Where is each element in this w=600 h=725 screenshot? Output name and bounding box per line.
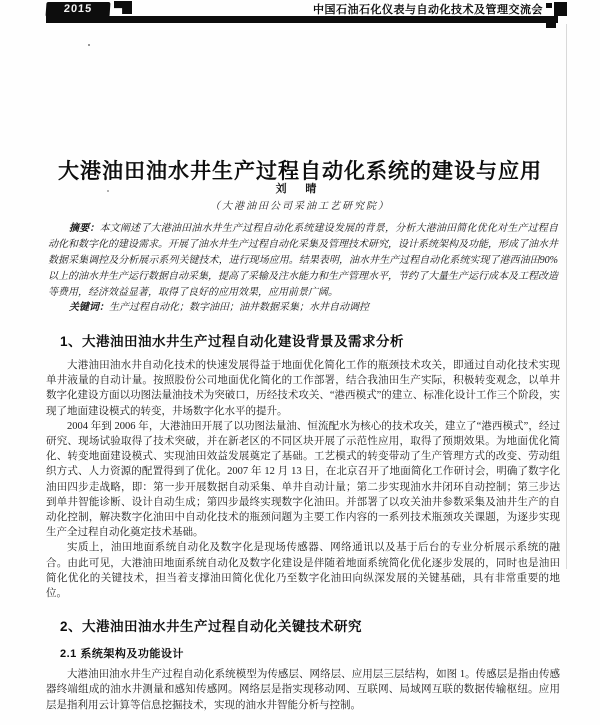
scanned-paper-page: 2015 中国石油石化仪表与自动化技术及管理交流会 大港油田油水井生产过程自动化… [0,0,600,725]
abstract-paragraph: 摘要：本文阐述了大港油田油水井生产过程自动化系统建设发展的背景，分析大港油田简化… [48,221,558,301]
scan-edge-line [566,24,567,569]
body-paragraph: 实质上，油田地面系统自动化及数字化是现场传感器、网络通讯以及基于后台的专业分析展… [46,540,560,601]
year-badge-label: 2015 [63,3,92,15]
logo-block-small [546,3,552,8]
abstract-text: 本文阐述了大港油田油水井生产过程自动化系统建设发展的背景，分析大港油田简化优化对… [48,223,558,298]
section-2-heading: 2、大港油田油水井生产过程自动化关键技术研究 [60,615,560,635]
author-affiliation: （大港油田公司采油工艺研究院） [0,197,600,212]
year-badge: 2015 [45,2,110,17]
logo-block-large [554,2,567,16]
conference-logo-icon [546,2,567,17]
body-paragraph: 大港油田油水井自动化技术的快速发展得益于地面优化简化工作的瓶颈技术攻关，即通过自… [46,358,560,419]
flag-icon [114,1,132,14]
author-name: 刘 晴 [0,180,600,196]
body-text-column: 1、大港油田油水井生产过程自动化建设背景及需求分析 大港油田油水井自动化技术的快… [46,330,560,713]
header-rule [46,16,558,23]
body-paragraph: 2004 年到 2006 年，大港油田开展了以功图法量油、恒流配水为核心的技术攻… [46,419,560,541]
body-paragraph: 大港油田油水井生产过程自动化系统模型为传感层、网络层、应用层三层结构，如图 1。… [46,667,560,713]
conference-title: 中国石油石化仪表与自动化技术及管理交流会 [313,1,543,17]
keywords-line: 关键词：生产过程自动化；数字油田；油井数据采集；水井自动调控 [48,300,558,316]
subsection-2-1-heading: 2.1 系统架构及功能设计 [60,645,560,661]
keywords-label: 关键词： [69,302,109,313]
section-1-heading: 1、大港油田油水井生产过程自动化建设背景及需求分析 [60,330,560,350]
header-rule-end [546,22,556,28]
scan-speck [88,44,90,46]
abstract-label: 摘要： [69,223,100,234]
keywords-text: 生产过程自动化；数字油田；油井数据采集；水井自动调控 [109,302,369,313]
